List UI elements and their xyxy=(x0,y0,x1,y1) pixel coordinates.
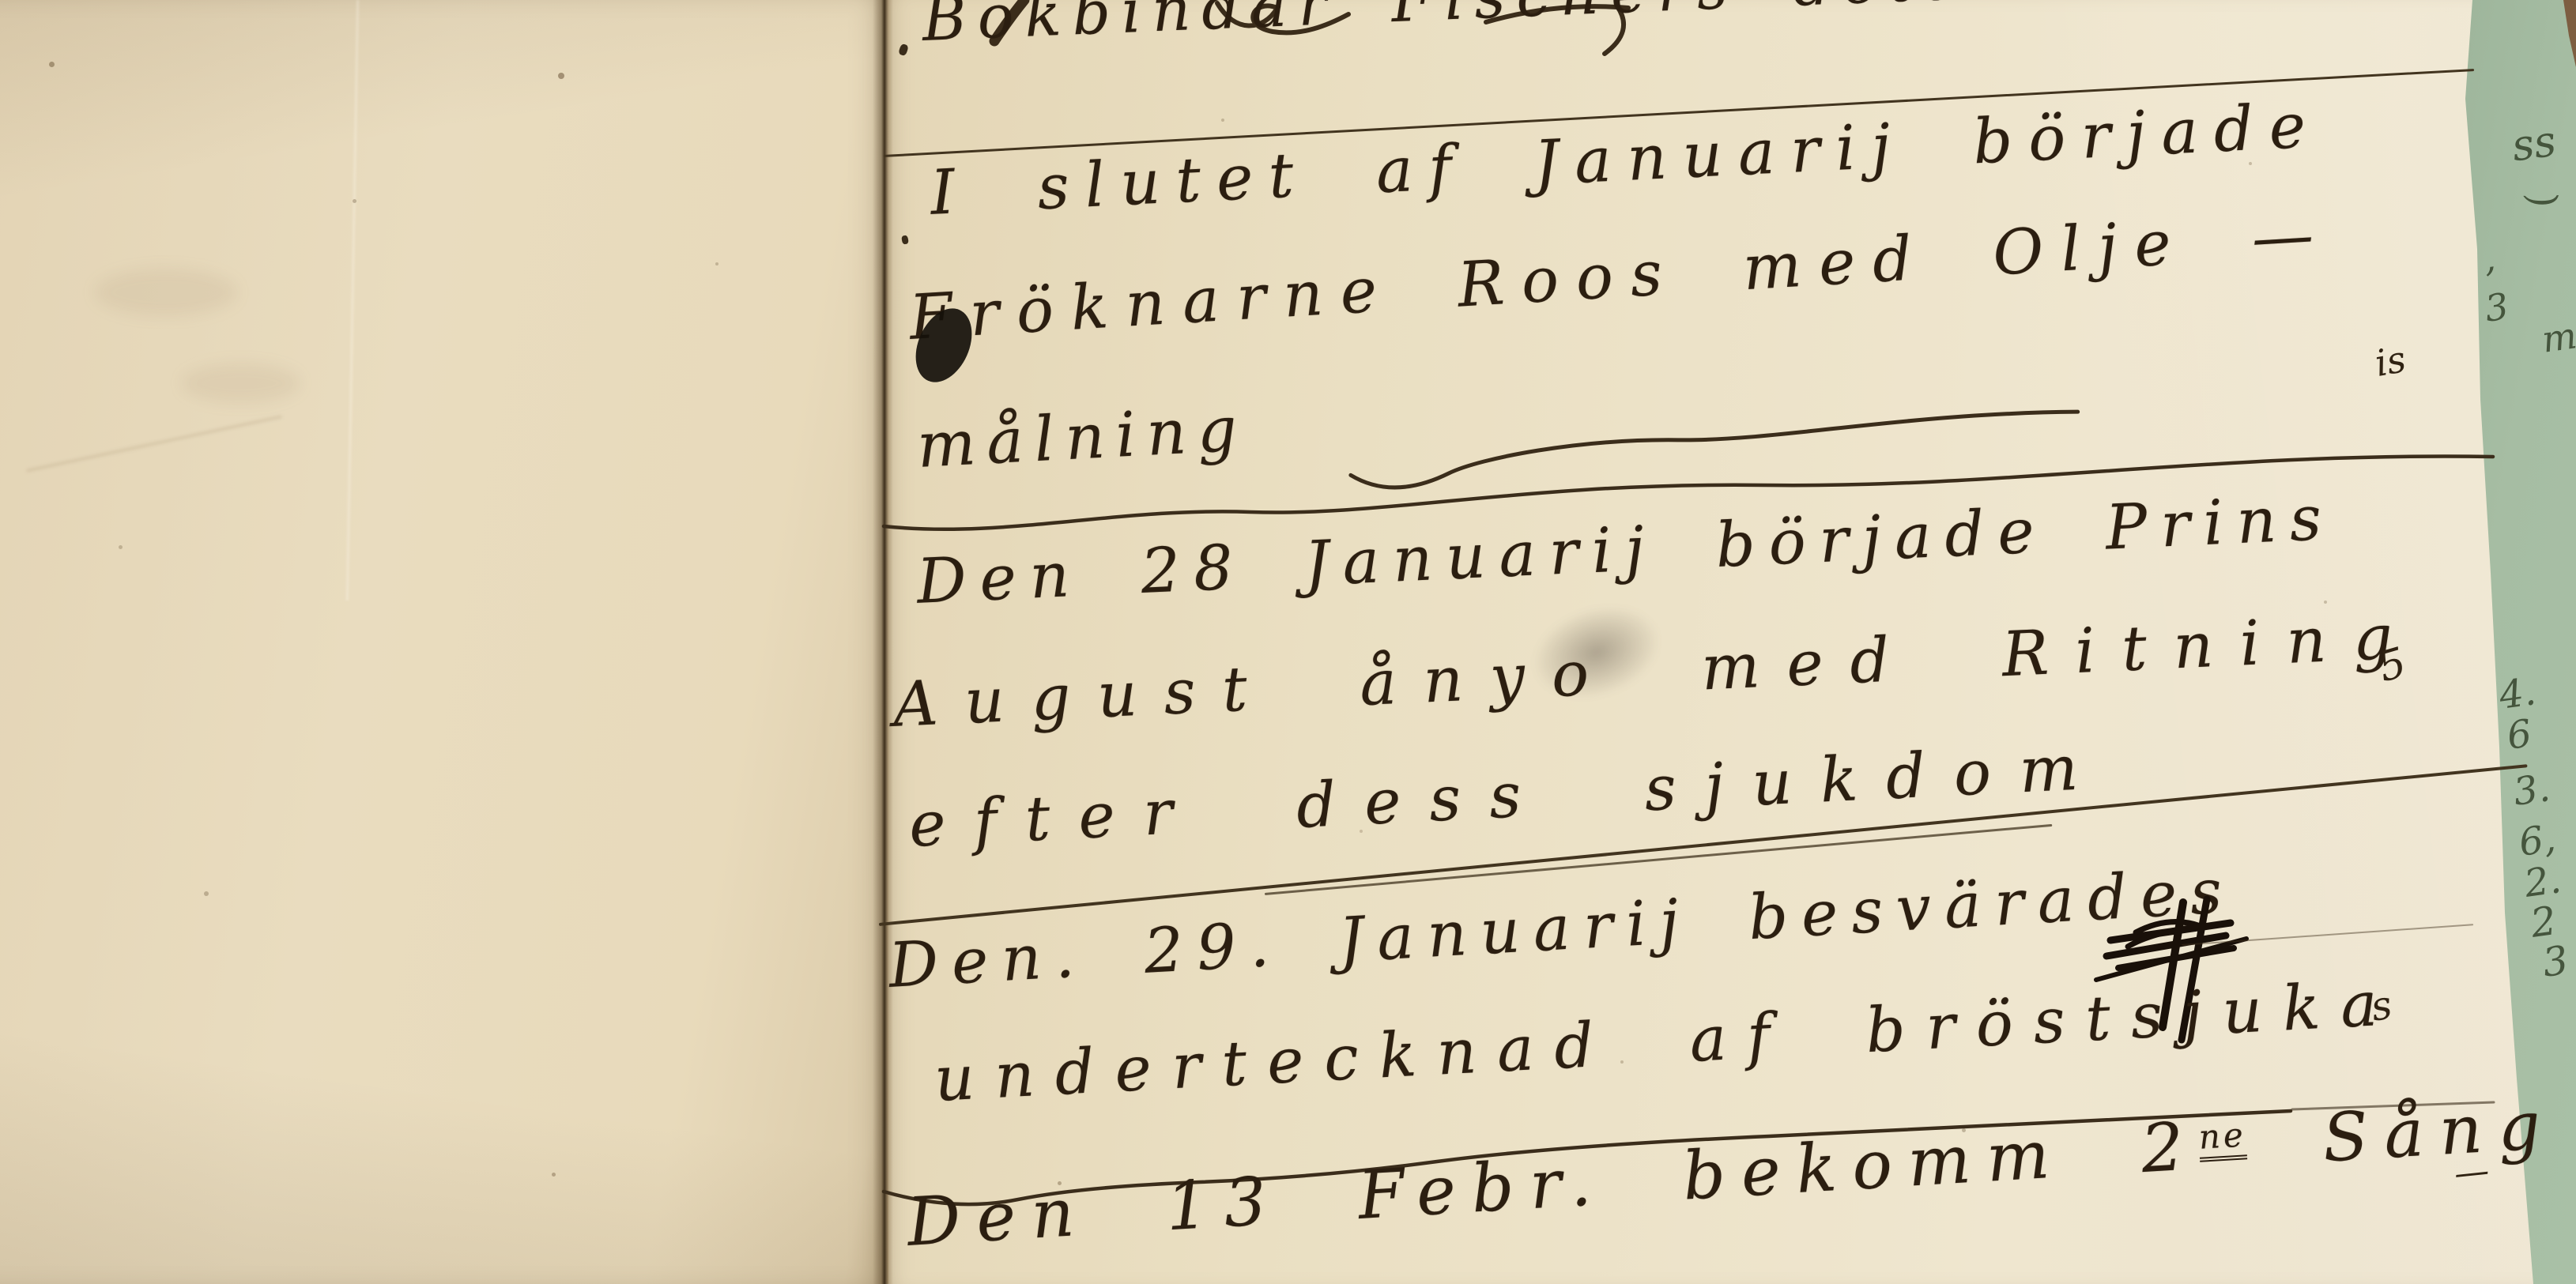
margin-fragment: , xyxy=(2480,236,2498,281)
margin-fragment: 6 xyxy=(2504,711,2534,759)
margin-fragment: ss xyxy=(2509,115,2559,171)
margin-fragment: m xyxy=(2539,314,2576,361)
diary-line-10-word: Sång xyxy=(2321,1086,2559,1177)
paper-speck xyxy=(119,545,123,549)
margin-fragment: 3 xyxy=(2482,284,2511,330)
paper-speck xyxy=(1360,830,1363,833)
paper-speck xyxy=(558,73,564,79)
margin-fragment: 3. xyxy=(2510,766,2552,815)
show-through-smudge xyxy=(182,363,300,403)
paper-speck xyxy=(2249,162,2252,165)
paper-speck xyxy=(1221,119,1224,122)
blank-facing-page xyxy=(0,0,888,1284)
paper-speck xyxy=(353,199,356,203)
paper-speck xyxy=(715,262,718,265)
margin-fragment: 4. xyxy=(2496,669,2538,718)
paper-speck xyxy=(49,62,55,67)
ordinal-superscript: ne xyxy=(2197,1115,2247,1162)
paper-speck xyxy=(1058,1181,1062,1185)
manuscript-photo: { "page": { "ink_color": "#2b1e10", "pap… xyxy=(0,0,2576,1284)
paper-speck xyxy=(1620,1060,1624,1064)
show-through-smudge xyxy=(95,269,237,316)
paper-speck xyxy=(1962,1128,1966,1132)
margin-fragment: 3 xyxy=(2540,937,2571,986)
margin-fragment: ) xyxy=(2520,188,2567,212)
page-edge-gutter xyxy=(873,0,893,1284)
trailing-dash: — xyxy=(2452,1150,2491,1194)
paper-speck xyxy=(552,1173,556,1177)
paper-speck xyxy=(2324,601,2327,604)
paper-speck xyxy=(204,891,209,896)
